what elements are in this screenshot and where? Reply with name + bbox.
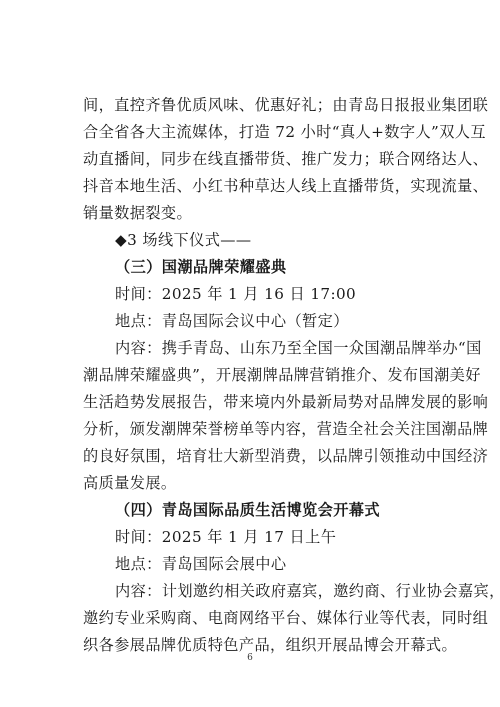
event-time: 时间：2025 年 1 月 16 日 17:00 [83,281,421,308]
paragraph-line: 抖音本地生活、小红书种草达人线上直播带货，实现流量、 [83,173,421,200]
event-content-line: 分析，颁发潮牌荣誉榜单等内容，营造全社会关注国潮品牌 [83,416,421,443]
paragraph-line: 销量数据裂变。 [83,200,421,227]
event-content-line: 潮品牌荣耀盛典”，开展潮牌品牌营销推介、发布国潮美好 [83,362,421,389]
paragraph-line: 合全省各大主流媒体，打造 72 小时“真人+数字人”双人互 [83,119,421,146]
event-content-line: 内容：计划邀约相关政府嘉宾，邀约商、行业协会嘉宾， [83,578,421,605]
section-bullet-heading: ◆3 场线下仪式—— [83,227,421,254]
event-location: 地点：青岛国际会议中心（暂定） [83,308,421,335]
event-time: 时间：2025 年 1 月 17 日上午 [83,524,421,551]
event-heading-four: （四）青岛国际品质生活博览会开幕式 [83,497,421,524]
event-content-line: 生活趋势发展报告，带来境内外最新局势对品牌发展的影响 [83,389,421,416]
paragraph-line: 动直播间，同步在线直播带货、推广发力；联合网络达人、 [83,146,421,173]
document-page: 间，直控齐鲁优质风味、优惠好礼；由青岛日报报业集团联 合全省各大主流媒体，打造 … [83,92,421,659]
page-number: 6 [0,653,500,663]
paragraph-line: 间，直控齐鲁优质风味、优惠好礼；由青岛日报报业集团联 [83,92,421,119]
event-location: 地点：青岛国际会展中心 [83,551,421,578]
event-content-line: 的良好氛围，培育壮大新型消费，以品牌引领推动中国经济 [83,443,421,470]
event-content-line: 高质量发展。 [83,470,421,497]
event-content-line: 邀约专业采购商、电商网络平台、媒体行业等代表，同时组 [83,605,421,632]
event-heading-three: （三）国潮品牌荣耀盛典 [83,254,421,281]
event-content-line: 内容：携手青岛、山东乃至全国一众国潮品牌举办“国 [83,335,421,362]
